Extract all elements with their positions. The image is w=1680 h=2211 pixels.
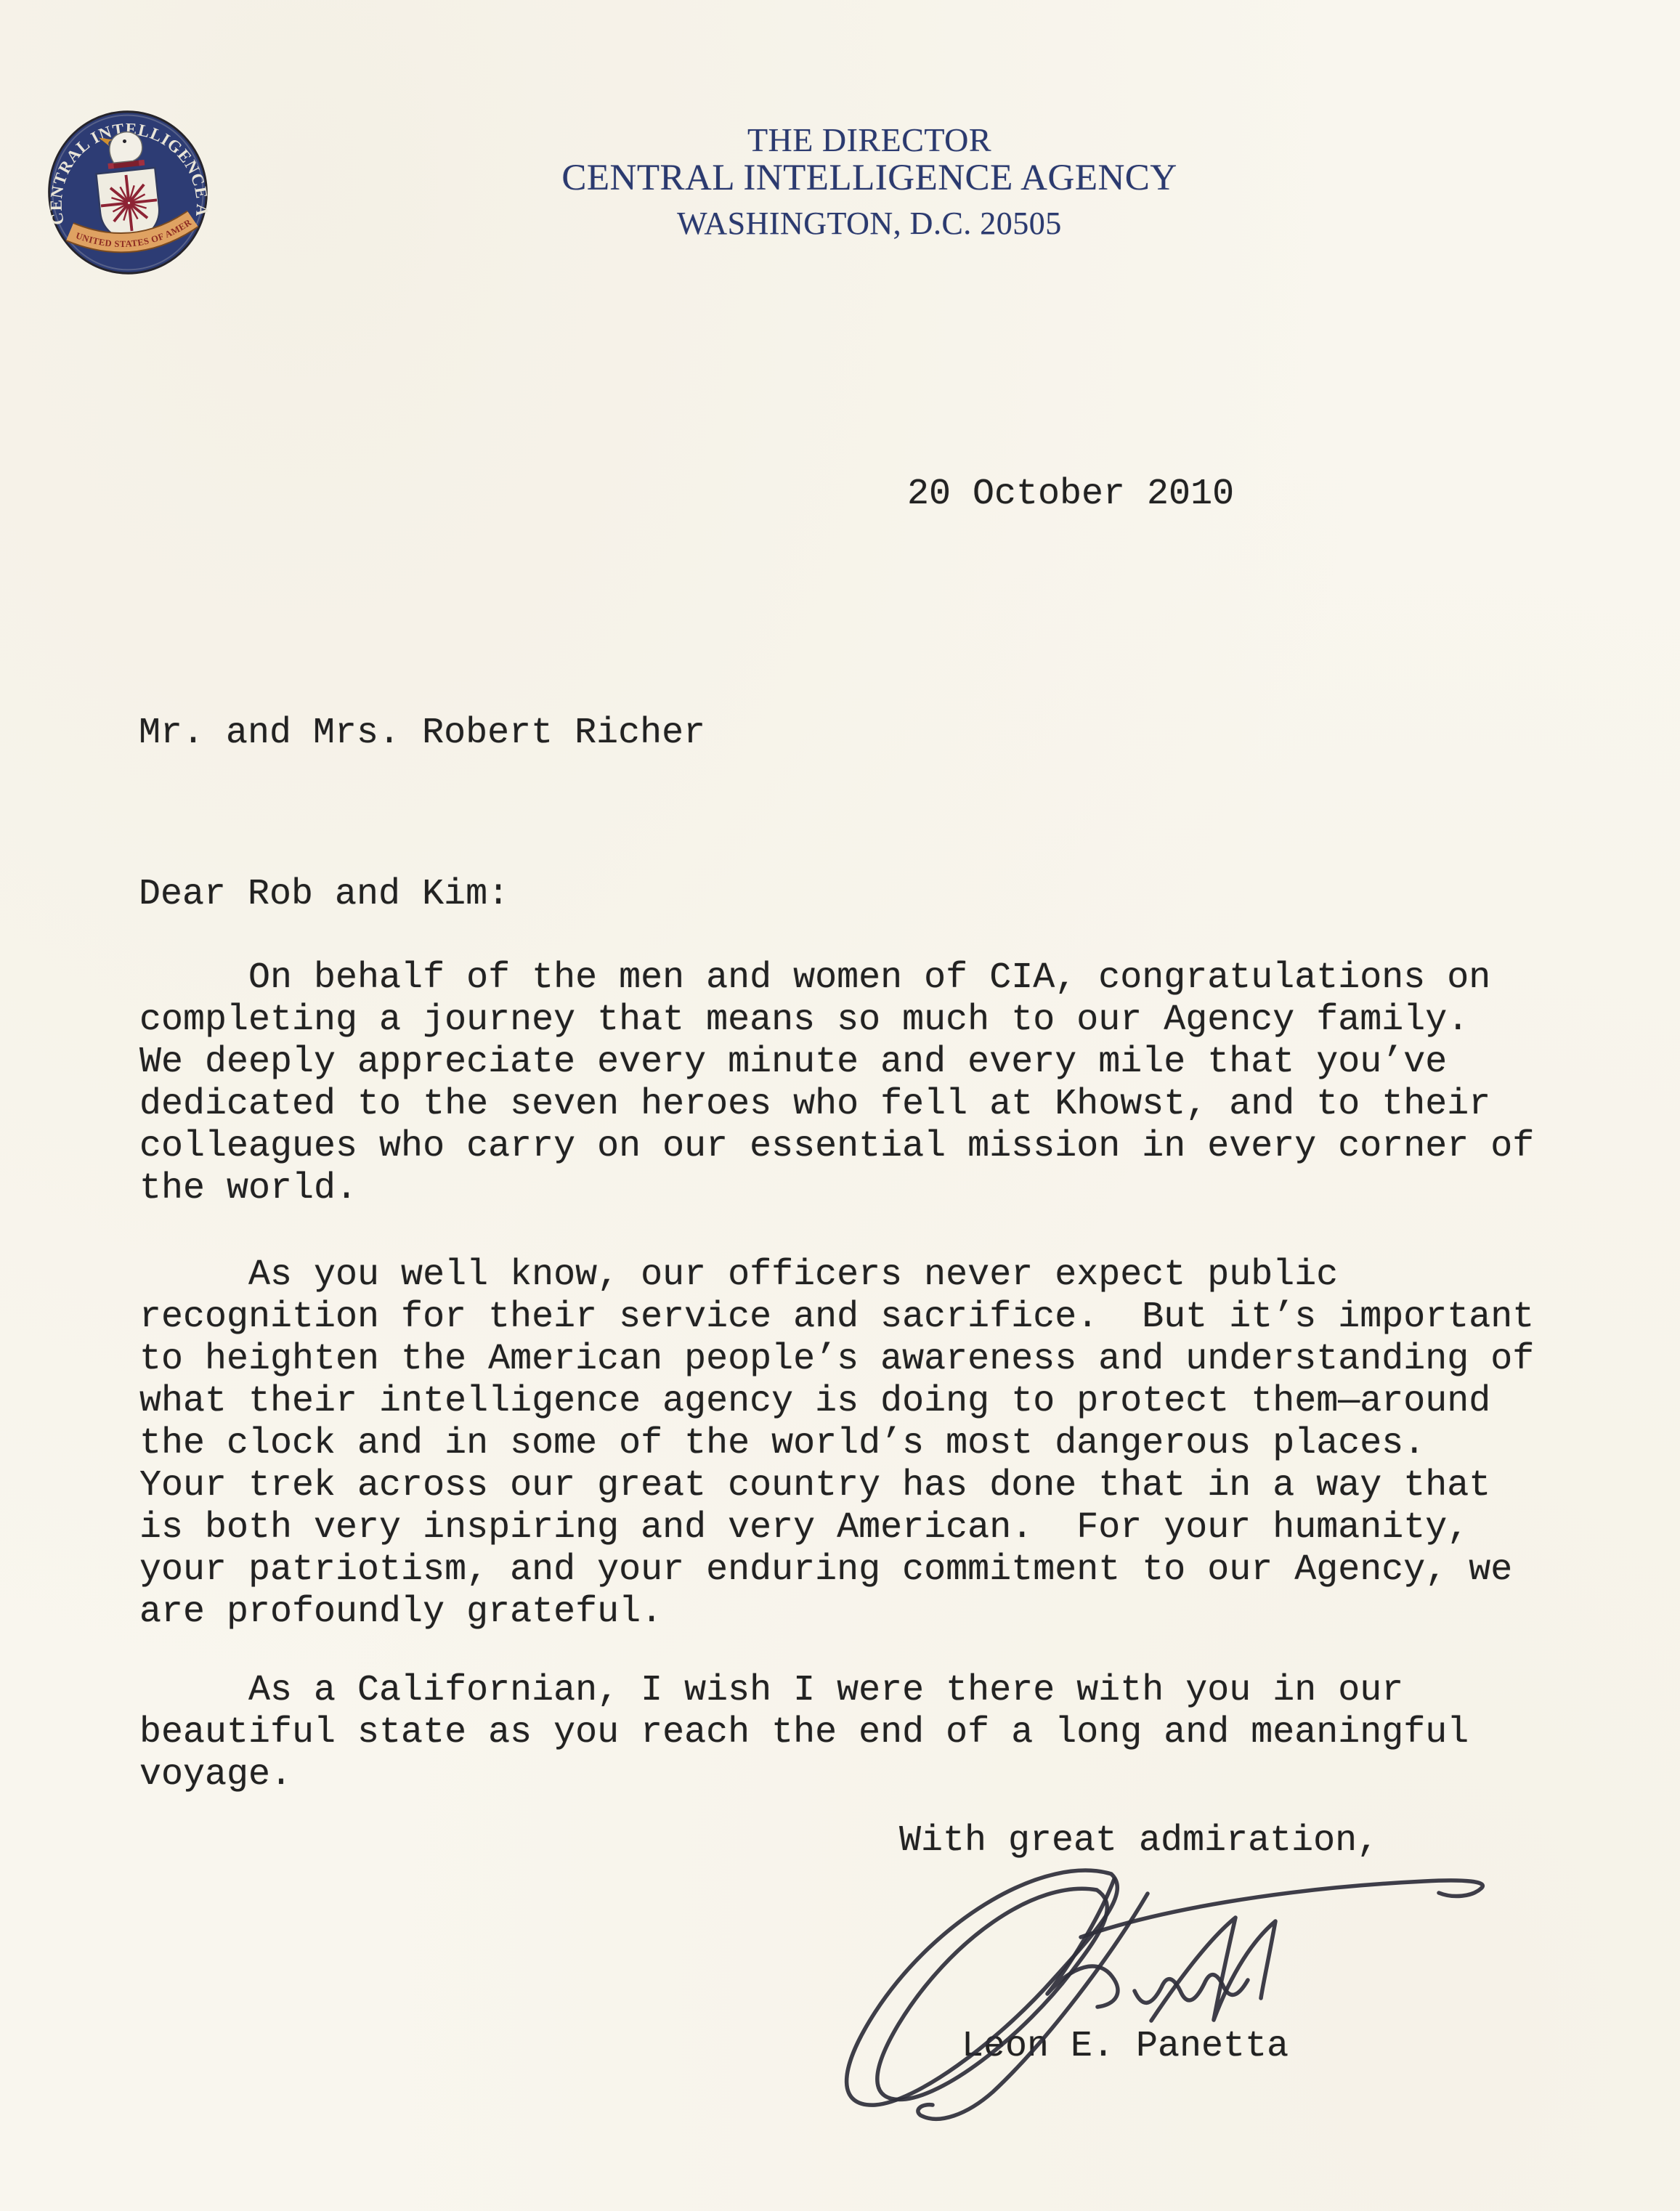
signature bbox=[806, 1849, 1511, 2132]
letterhead-title: THE DIRECTOR bbox=[465, 121, 1274, 159]
body-paragraph-3: As a Californian, I wish I were there wi… bbox=[139, 1670, 1469, 1796]
letterhead-address: WASHINGTON, D.C. 20505 bbox=[465, 205, 1274, 242]
cia-seal: CENTRAL INTELLIGENCE AGENCY bbox=[42, 106, 214, 279]
letterhead-agency: CENTRAL INTELLIGENCE AGENCY bbox=[465, 157, 1274, 199]
body-paragraph-1: On behalf of the men and women of CIA, c… bbox=[139, 957, 1534, 1210]
letter-date: 20 October 2010 bbox=[907, 474, 1234, 516]
letter-page: CENTRAL INTELLIGENCE AGENCY bbox=[0, 0, 1680, 2211]
recipient-line: Mr. and Mrs. Robert Richer bbox=[139, 713, 705, 755]
salutation: Dear Rob and Kim: bbox=[139, 874, 509, 916]
body-paragraph-2: As you well know, our officers never exp… bbox=[139, 1254, 1534, 1634]
